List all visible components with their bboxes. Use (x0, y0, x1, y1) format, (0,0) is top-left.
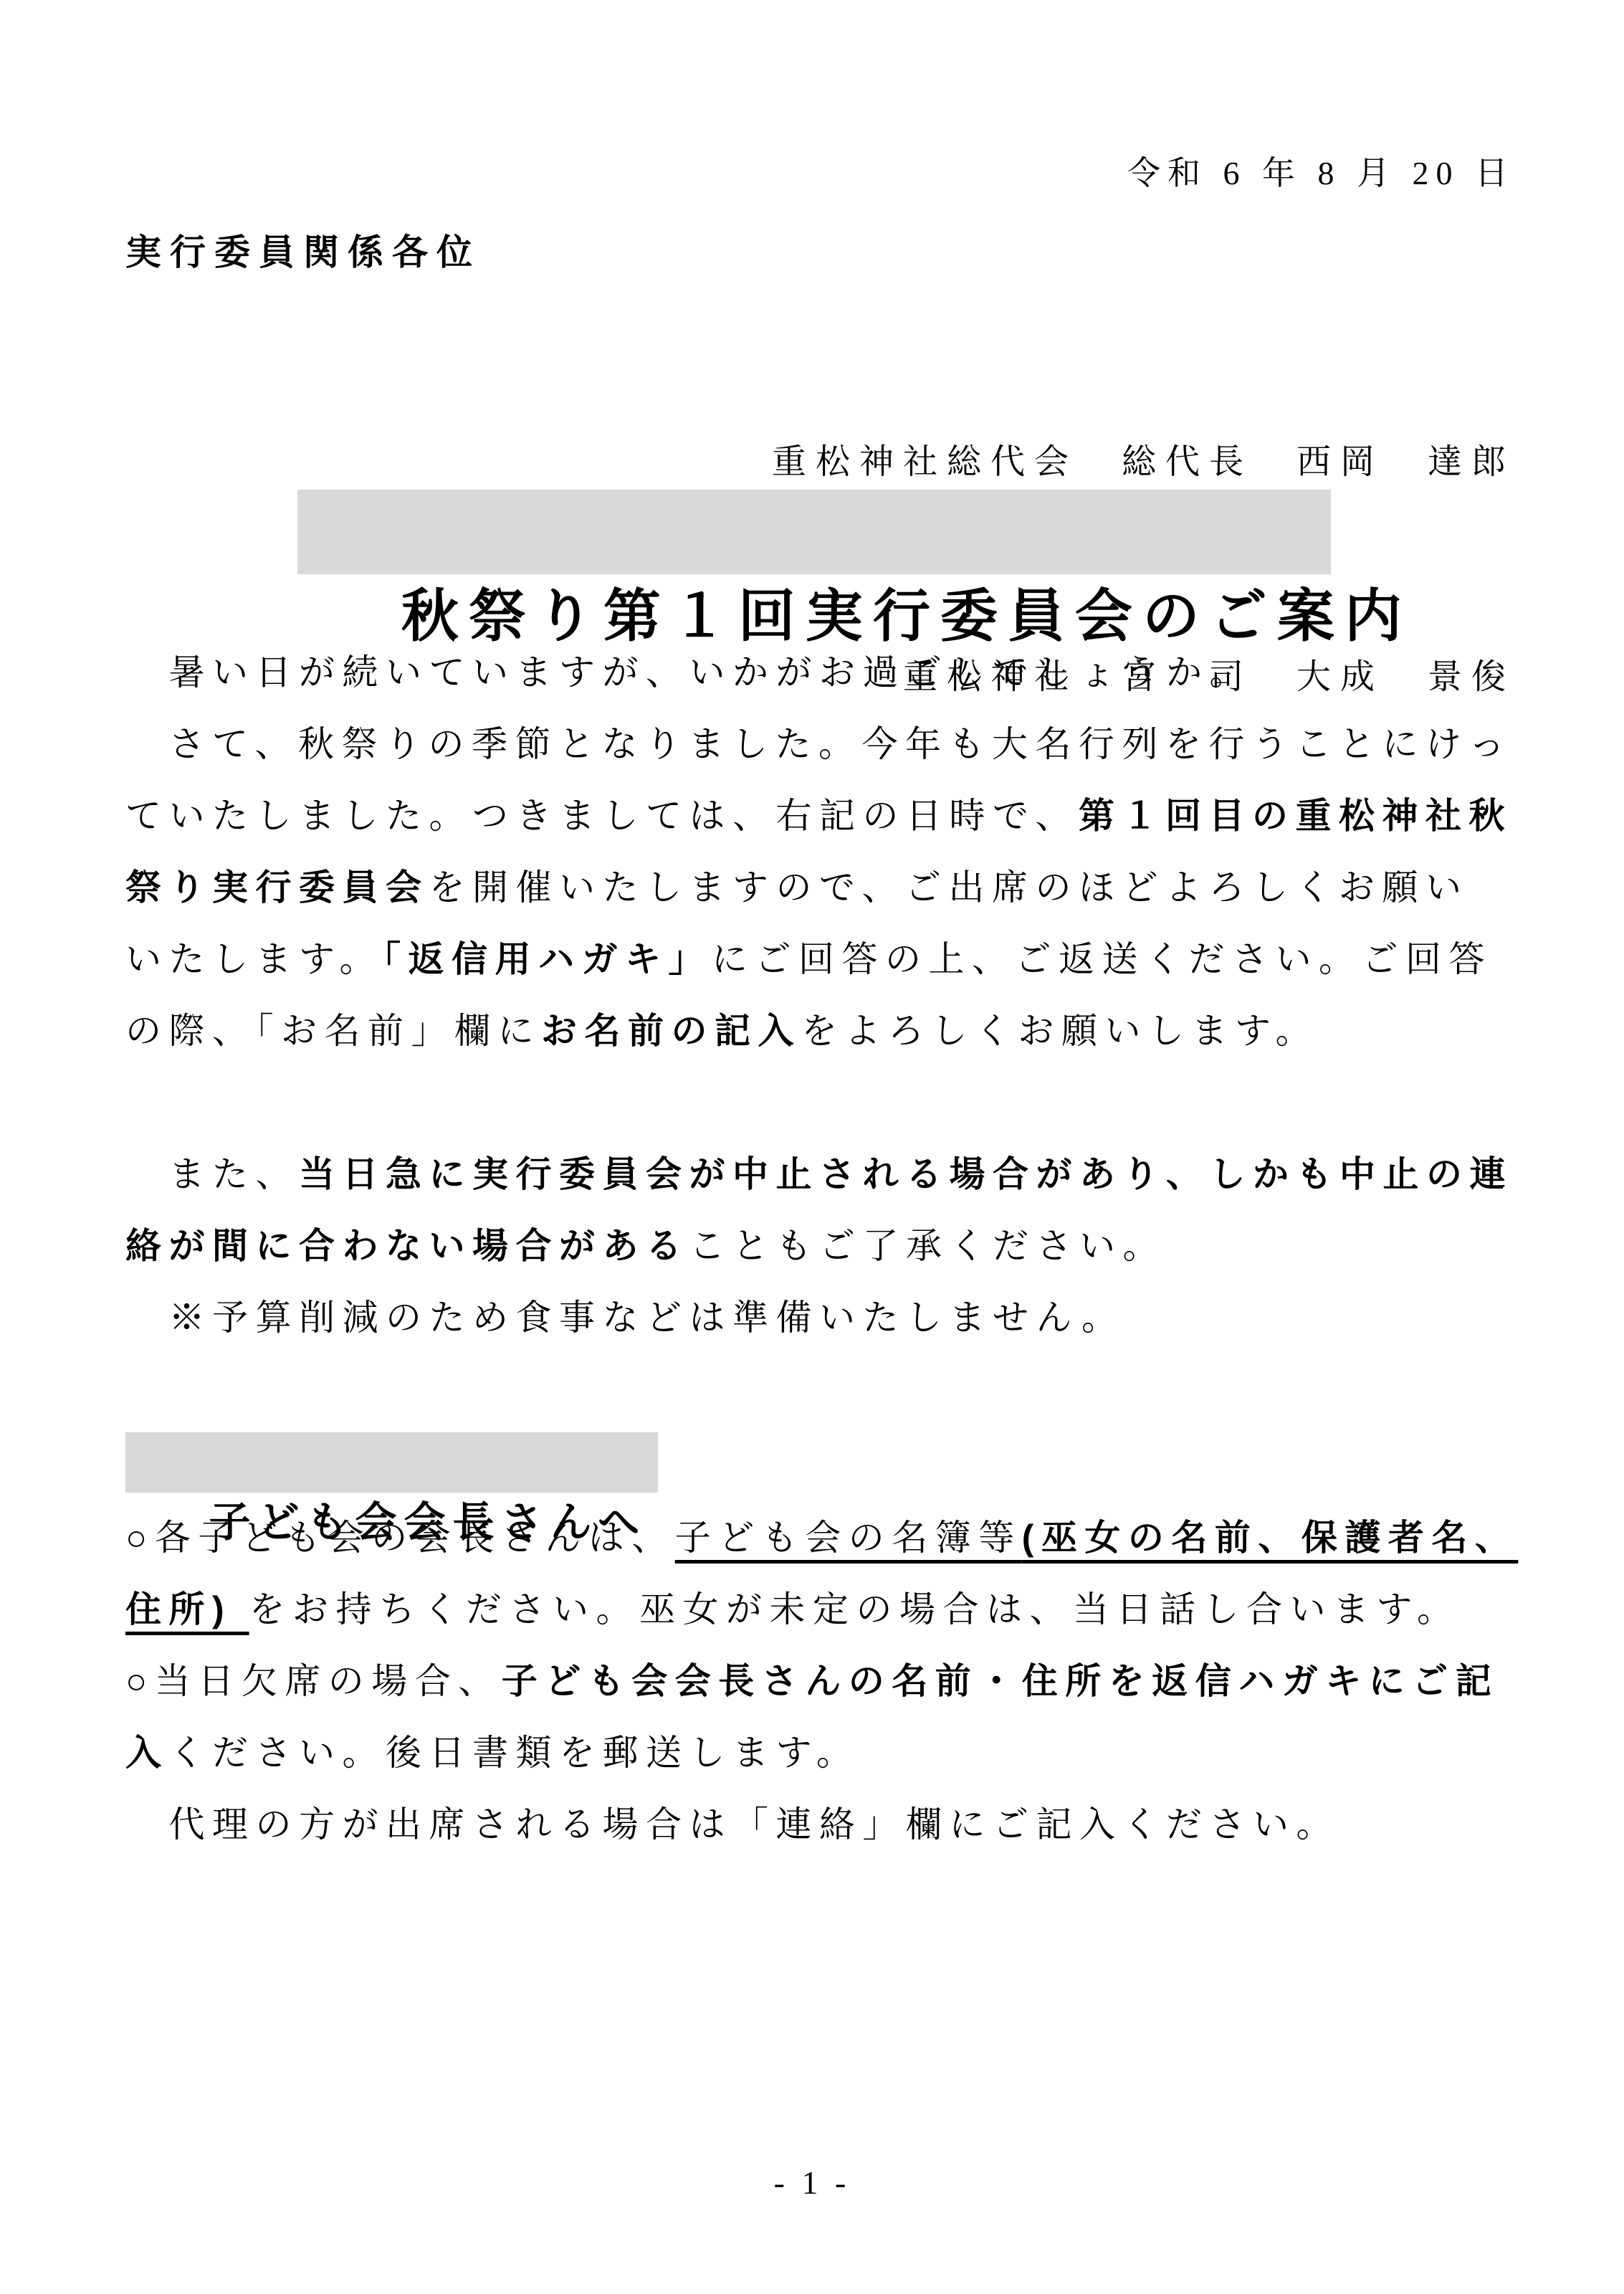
text-segment: ※予算削減のため食事などは準備いたしません。 (125, 1298, 1125, 1338)
text-line: 入ください。後日書類を郵送します。 (125, 1717, 1530, 1789)
text-segment: また、 (125, 1154, 299, 1194)
text-line: 代理の方が出席される場合は「連絡」欄にご記入ください。 (125, 1789, 1530, 1860)
text-line: の際、「お名前」欄にお名前の記入をよろしくお願いします。 (125, 995, 1530, 1067)
text-line: ※予算削減のため食事などは準備いたしません。 (125, 1282, 1530, 1353)
text-segment: 絡が間に合わない場合がある (125, 1226, 689, 1266)
text-segment: 入 (125, 1733, 169, 1773)
text-segment: お名前の記入 (541, 1011, 801, 1051)
text-line: また、当日急に実行委員会が中止される場合があり、しかも中止の連 (125, 1138, 1530, 1210)
text-line: 絡が間に合わない場合があることもご了承ください。 (125, 1210, 1530, 1282)
body-block-2: ○各子ども会の会長さんは、子ども会の名簿等(巫女の名前、保護者名、住所) をお持… (125, 1502, 1530, 1860)
blank-line (125, 1067, 1530, 1138)
page-number: - 1 - (0, 2164, 1624, 2202)
text-segment: (巫女の名前、保護者名、 (1022, 1518, 1519, 1558)
text-line: 祭り実行委員会を開催いたしますので、ご出席のほどよろしくお願い (125, 852, 1530, 923)
text-segment: 祭り実行委員会 (125, 867, 429, 908)
body-block-1: 暑い日が続いていますが、いかがお過ごしでしょうか。 さて、秋祭りの季節となりまし… (125, 637, 1530, 1353)
text-segment: 住所) (125, 1589, 249, 1629)
sender-line-1: 重松神社総代会 総代長 西岡 達郎 (772, 427, 1515, 498)
text-line: 住所) をお持ちください。巫女が未定の場合は、当日話し合います。 (125, 1574, 1530, 1645)
text-line: いたします。「返信用ハガキ」にご回答の上、ご返送ください。ご回答 (125, 923, 1530, 995)
section-heading-highlight: 子ども会会長さんへ (125, 1432, 658, 1493)
text-segment: 代理の方が出席される場合は「連絡」欄にご記入ください。 (125, 1804, 1339, 1845)
date-line: 令和 6 年 8 月 20 日 (1127, 147, 1515, 194)
text-line: ○各子ども会の会長さんは、子ども会の名簿等(巫女の名前、保護者名、 (125, 1502, 1530, 1574)
text-line: 暑い日が続いていますが、いかがお過ごしでしょうか。 (125, 637, 1530, 708)
document-page: 令和 6 年 8 月 20 日 実行委員関係各位 重松神社総代会 総代長 西岡 … (0, 0, 1624, 2294)
text-segment: いたします。 (125, 939, 383, 979)
text-segment: さて、秋祭りの季節となりました。今年も大名行列を行うことにけっ (125, 724, 1512, 764)
text-segment: 子ども会の名簿等 (675, 1518, 1022, 1558)
text-segment: ていたしました。つきましては、右記の日時で、 (125, 796, 1079, 836)
recipient-line: 実行委員関係各位 (125, 224, 481, 275)
text-segment: こともご了承ください。 (689, 1226, 1167, 1266)
text-segment: にご回答の上、ご返送ください。ご回答 (712, 939, 1492, 979)
text-segment: 子ども会会長さんの名前・住所を返信ハガキにご記 (502, 1661, 1499, 1701)
text-segment: の際、「お名前」欄に (125, 1011, 541, 1051)
text-segment: 「返信用ハガキ」 (383, 939, 712, 979)
document-title-highlight: 秋祭り第１回実行委員会のご案内 (297, 490, 1331, 574)
text-segment: ください。後日書類を郵送します。 (169, 1733, 860, 1773)
text-segment: 暑い日が続いていますが、いかがお過ごしでしょうか。 (125, 652, 1253, 693)
text-line: さて、秋祭りの季節となりました。今年も大名行列を行うことにけっ (125, 708, 1530, 780)
text-segment: を開催いたしますので、ご出席のほどよろしくお願い (429, 867, 1469, 908)
text-segment: をお持ちください。巫女が未定の場合は、当日話し合います。 (249, 1589, 1461, 1629)
text-segment: をよろしくお願いします。 (801, 1011, 1319, 1051)
text-segment: 当日急に実行委員会が中止される場合があり、しかも中止の連 (299, 1154, 1513, 1194)
text-segment: 第１回目の重松神社秋 (1079, 796, 1512, 836)
text-segment: ○各子ども会の会長さんは、 (125, 1518, 675, 1558)
text-segment: ○当日欠席の場合、 (125, 1661, 502, 1701)
text-line: ○当日欠席の場合、子ども会会長さんの名前・住所を返信ハガキにご記 (125, 1645, 1530, 1717)
text-line: ていたしました。つきましては、右記の日時で、第１回目の重松神社秋 (125, 780, 1530, 852)
